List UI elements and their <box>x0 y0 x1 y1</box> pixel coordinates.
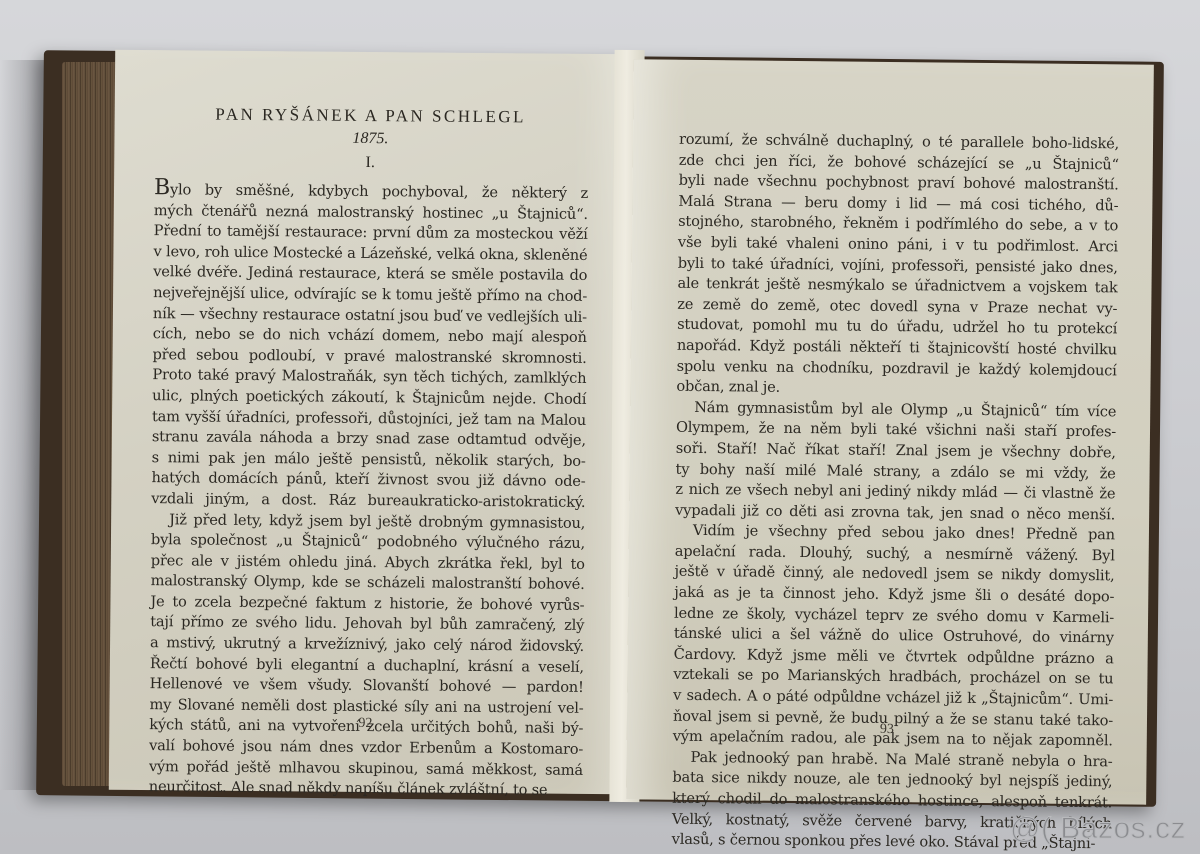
right-page: rozumí, že schválně duchaplný, o té para… <box>626 59 1154 804</box>
left-page: PAN RYŠÁNEK A PAN SCHLEGL 1875. I. Bylo … <box>109 50 627 794</box>
chapter-number: I. <box>114 152 626 174</box>
bazos-watermark: @( Bazos.cz <box>1010 812 1186 846</box>
chapter-year: 1875. <box>114 128 626 150</box>
text-line: neurčitost. Ale snad někdy napíšu článek… <box>149 777 583 801</box>
chapter-title: PAN RYŠÁNEK A PAN SCHLEGL <box>115 104 627 128</box>
drop-cap: B <box>154 175 170 200</box>
right-page-text: rozumí, že schválně duchaplný, o té para… <box>672 130 1120 854</box>
left-page-text: Bylo by směšné, kdybych pochyboval, že n… <box>149 180 588 802</box>
